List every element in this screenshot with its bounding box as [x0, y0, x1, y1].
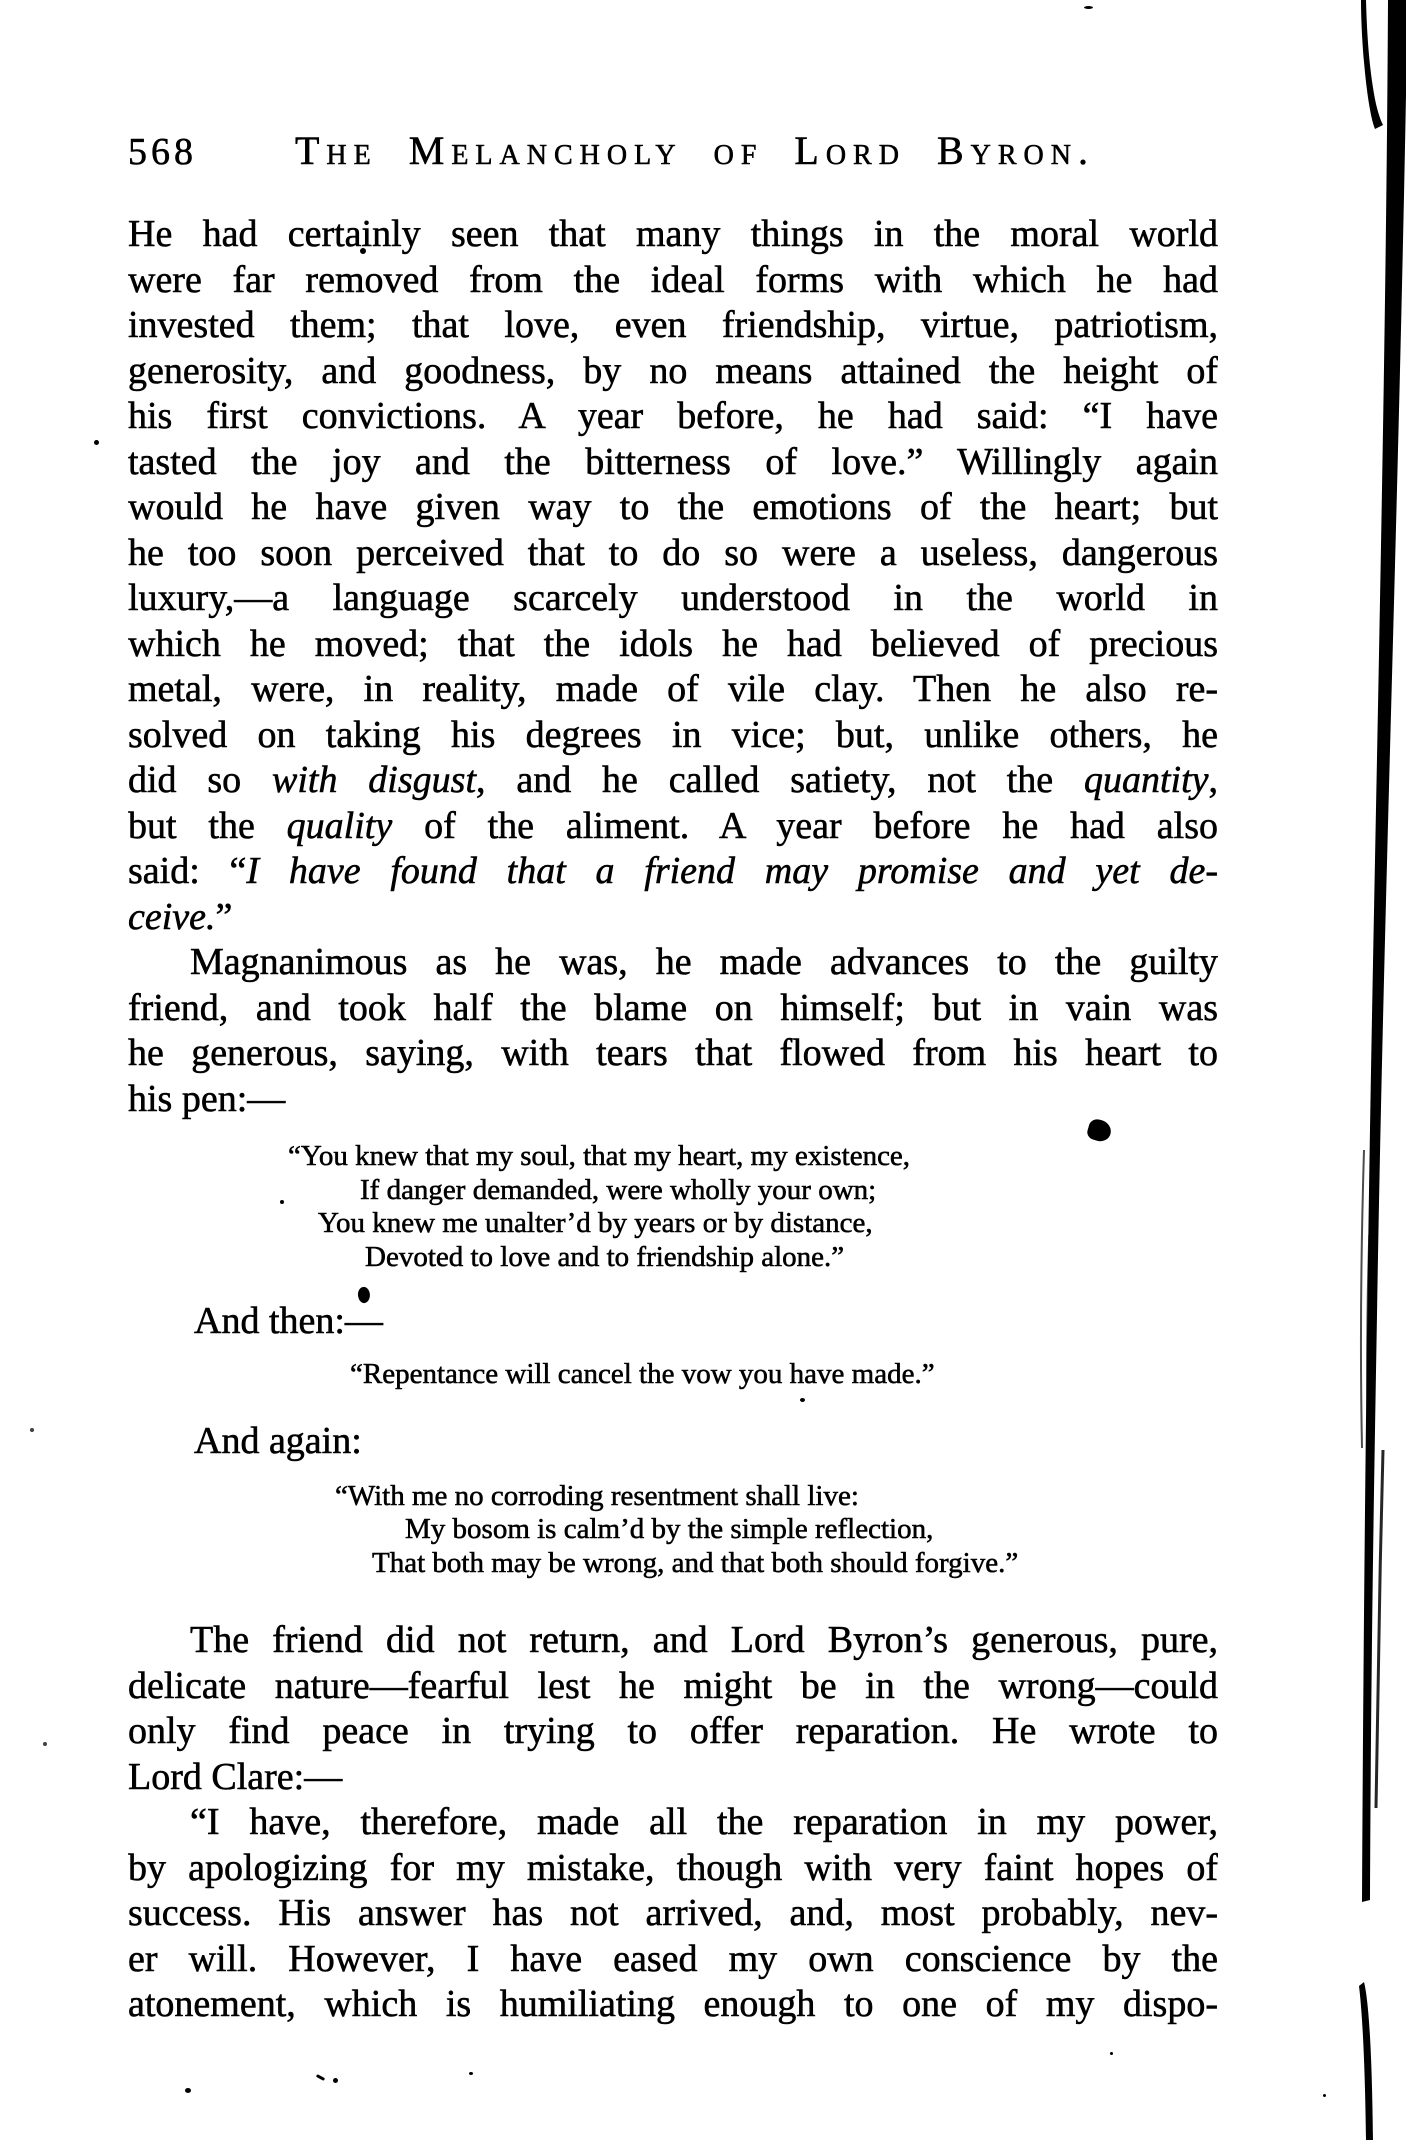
text-line: success. His answer has not arrived, and…: [128, 1891, 1218, 1937]
interjection-and-then: And then:—: [194, 1298, 1218, 1344]
text-line: which he moved; that the idols he had be…: [128, 622, 1218, 668]
text-line: atonement, which is humiliating enough t…: [128, 1982, 1218, 2028]
text-line: by apologizing for my mistake, though wi…: [128, 1846, 1218, 1892]
text-line: he generous, saying, with tears that flo…: [128, 1031, 1218, 1077]
text-line: luxury,—a language scarcely understood i…: [128, 576, 1218, 622]
scan-speck: [1084, 6, 1093, 9]
paragraph: The friend did not return, and Lord Byro…: [128, 1618, 1218, 1800]
text-line: but the quality of the aliment. A year b…: [128, 804, 1218, 850]
verse-line: My bosom is calm’d by the simple reflect…: [405, 1513, 1218, 1547]
verse-line: You knew me unalter’d by years or by dis…: [318, 1207, 1218, 1241]
text-line: tasted the joy and the bitterness of lov…: [128, 440, 1218, 486]
scan-speck: [1323, 2094, 1326, 2097]
paragraph: He had certainly seen that many things i…: [128, 212, 1218, 940]
text-line: er will. However, I have eased my own co…: [128, 1937, 1218, 1983]
scan-speck: [30, 1428, 34, 1432]
text-line: The friend did not return, and Lord Byro…: [128, 1618, 1218, 1664]
text-line: he too soon perceived that to do so were…: [128, 531, 1218, 577]
verse-quotation: “Repentance will cancel the vow you have…: [128, 1358, 1218, 1392]
text-line: solved on taking his degrees in vice; bu…: [128, 713, 1218, 759]
text-line: Magnanimous as he was, he made advances …: [128, 940, 1218, 986]
text-line: ceive.”: [128, 895, 1218, 941]
scan-speck: [333, 2078, 338, 2083]
text-line: were far removed from the ideal forms wi…: [128, 258, 1218, 304]
text-line: delicate nature—fearful lest he might be…: [128, 1664, 1218, 1710]
text-line: said: “I have found that a friend may pr…: [128, 849, 1218, 895]
verse-quotation: “With me no corroding resentment shall l…: [128, 1480, 1218, 1581]
text-line: would he have given way to the emotions …: [128, 485, 1218, 531]
scan-speck: [469, 2072, 473, 2075]
interjection-and-again: And again:: [194, 1418, 1218, 1464]
scan-speck: [94, 440, 99, 445]
page-number: 568: [128, 129, 197, 175]
text-line: friend, and took half the blame on himse…: [128, 986, 1218, 1032]
book-page-scan: 568 The Melancholy of Lord Byron. He had…: [0, 0, 1406, 2140]
scan-speck: [185, 2088, 191, 2093]
text-line: his pen:—: [128, 1077, 1218, 1123]
text-line: He had certainly seen that many things i…: [128, 212, 1218, 258]
verse-line: Devoted to love and to friendship alone.…: [365, 1241, 1218, 1275]
text-line: invested them; that love, even friendshi…: [128, 303, 1218, 349]
text-line: Lord Clare:—: [128, 1755, 1218, 1801]
paragraph: Magnanimous as he was, he made advances …: [128, 940, 1218, 1122]
paragraph: “I have, therefore, made all the reparat…: [128, 1800, 1218, 2028]
running-header: 568 The Melancholy of Lord Byron.: [128, 128, 1218, 174]
verse-line: “Repentance will cancel the vow you have…: [350, 1358, 1218, 1392]
scan-speck: [43, 1742, 47, 1746]
verse-line: “With me no corroding resentment shall l…: [335, 1480, 1218, 1514]
scan-speck: [316, 2074, 325, 2081]
verse-line: That both may be wrong, and that both sh…: [372, 1547, 1218, 1581]
text-line: metal, were, in reality, made of vile cl…: [128, 667, 1218, 713]
page-title: The Melancholy of Lord Byron.: [295, 128, 1095, 174]
text-line: generosity, and goodness, by no means at…: [128, 349, 1218, 395]
verse-line: “You knew that my soul, that my heart, m…: [288, 1140, 1218, 1174]
text-line: only find peace in trying to offer repar…: [128, 1709, 1218, 1755]
text-line: his first convictions. A year before, he…: [128, 394, 1218, 440]
text-column: 568 The Melancholy of Lord Byron. He had…: [128, 128, 1218, 2028]
verse-line: If danger demanded, were wholly your own…: [360, 1174, 1218, 1208]
verse-quotation: “You knew that my soul, that my heart, m…: [128, 1140, 1218, 1274]
text-line: did so with disgust, and he called satie…: [128, 758, 1218, 804]
scan-speck: [1110, 2052, 1113, 2055]
text-line: “I have, therefore, made all the reparat…: [128, 1800, 1218, 1846]
